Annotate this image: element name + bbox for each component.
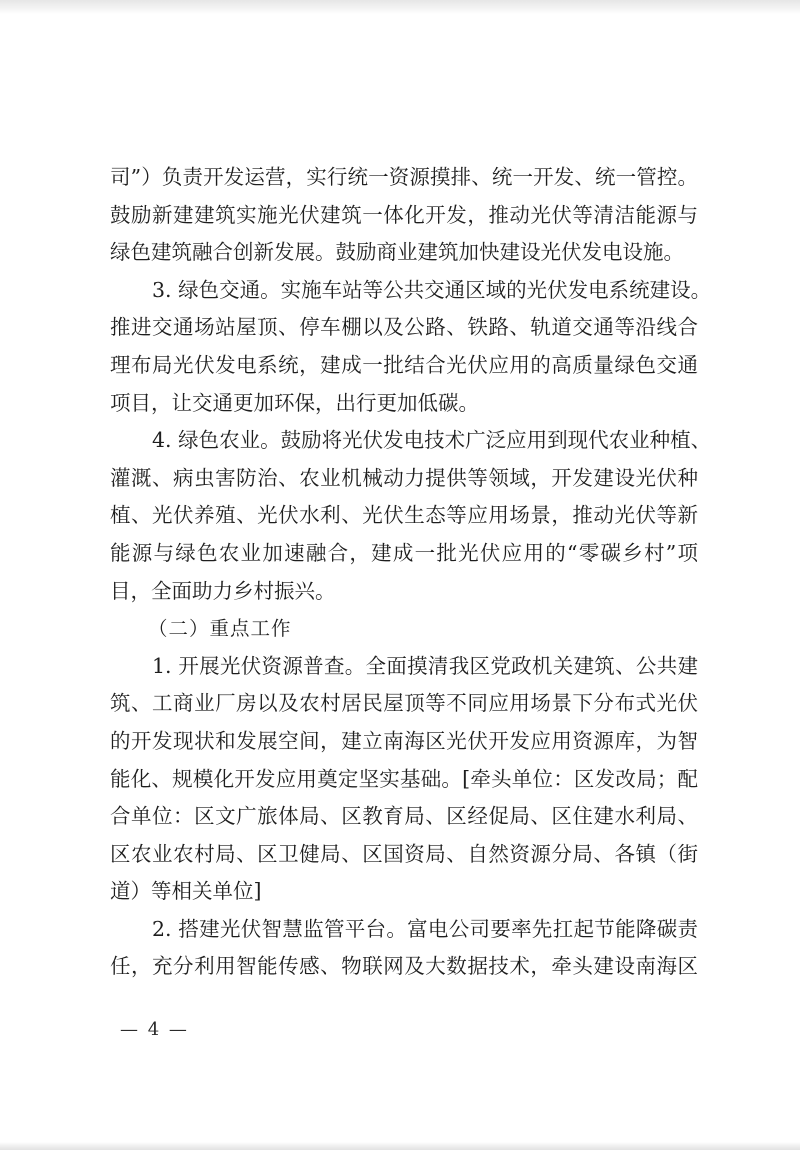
page-number: — 4 — xyxy=(120,1016,189,1044)
text-line: 理布局光伏发电系统，建成一批结合光伏应用的高质量绿色交通 xyxy=(110,347,698,385)
text-line: 灌溉、病虫害防治、农业机械动力提供等领域，开发建设光伏种 xyxy=(110,460,698,498)
paragraph-green-transport: 3. 绿色交通。实施车站等公共交通区域的光伏发电系统建设。 推进交通场站屋顶、停… xyxy=(110,272,698,422)
text-line: 3. 绿色交通。实施车站等公共交通区域的光伏发电系统建设。 xyxy=(110,272,698,310)
text-line: 能源与绿色农业加速融合，建成一批光伏应用的“零碳乡村”项 xyxy=(110,535,698,573)
text-line: 植、光伏养殖、光伏水利、光伏生态等应用场景，推动光伏等新 xyxy=(110,497,698,535)
section-heading-key-work: （二）重点工作 xyxy=(110,610,698,648)
text-line: 区农业农村局、区卫健局、区国资局、自然资源分局、各镇（街 xyxy=(110,836,698,874)
text-line: 能化、规模化开发应用奠定坚实基础。[牵头单位：区发改局；配 xyxy=(110,761,698,799)
text-line: 推进交通场站屋顶、停车棚以及公路、铁路、轨道交通等沿线合 xyxy=(110,309,698,347)
text-line: 绿色建筑融合创新发展。鼓励商业建筑加快建设光伏发电设施。 xyxy=(110,234,698,272)
document-body: 司”）负责开发运营，实行统一资源摸排、统一开发、统一管控。 鼓励新建建筑实施光伏… xyxy=(110,159,698,986)
paragraph-building: 司”）负责开发运营，实行统一资源摸排、统一开发、统一管控。 鼓励新建建筑实施光伏… xyxy=(110,159,698,272)
paragraph-resource-survey: 1. 开展光伏资源普查。全面摸清我区党政机关建筑、公共建 筑、工商业厂房以及农村… xyxy=(110,648,698,911)
text-line: 合单位：区文广旅体局、区教育局、区经促局、区住建水利局、 xyxy=(110,798,698,836)
text-line: 目，全面助力乡村振兴。 xyxy=(110,573,698,611)
text-line: 的开发现状和发展空间，建立南海区光伏开发应用资源库，为智 xyxy=(110,723,698,761)
text-line: 司”）负责开发运营，实行统一资源摸排、统一开发、统一管控。 xyxy=(110,159,698,197)
section-heading: （二）重点工作 xyxy=(110,610,698,648)
text-line: 项目，让交通更加环保，出行更加低碳。 xyxy=(110,385,698,423)
paragraph-green-agriculture: 4. 绿色农业。鼓励将光伏发电技术广泛应用到现代农业种植、 灌溉、病虫害防治、农… xyxy=(110,422,698,610)
text-line: 筑、工商业厂房以及农村居民屋顶等不同应用场景下分布式光伏 xyxy=(110,685,698,723)
text-line: 4. 绿色农业。鼓励将光伏发电技术广泛应用到现代农业种植、 xyxy=(110,422,698,460)
paragraph-monitoring-platform: 2. 搭建光伏智慧监管平台。富电公司要率先扛起节能降碳责 任，充分利用智能传感、… xyxy=(110,911,698,986)
text-line: 1. 开展光伏资源普查。全面摸清我区党政机关建筑、公共建 xyxy=(110,648,698,686)
bottom-edge-shadow xyxy=(0,1142,800,1150)
text-line: 2. 搭建光伏智慧监管平台。富电公司要率先扛起节能降碳责 xyxy=(110,911,698,949)
text-line: 任，充分利用智能传感、物联网及大数据技术，牵头建设南海区 xyxy=(110,948,698,986)
text-line: 鼓励新建建筑实施光伏建筑一体化开发，推动光伏等清洁能源与 xyxy=(110,197,698,235)
text-line: 道）等相关单位] xyxy=(110,873,698,911)
document-page: 司”）负责开发运营，实行统一资源摸排、统一开发、统一管控。 鼓励新建建筑实施光伏… xyxy=(0,0,800,1150)
